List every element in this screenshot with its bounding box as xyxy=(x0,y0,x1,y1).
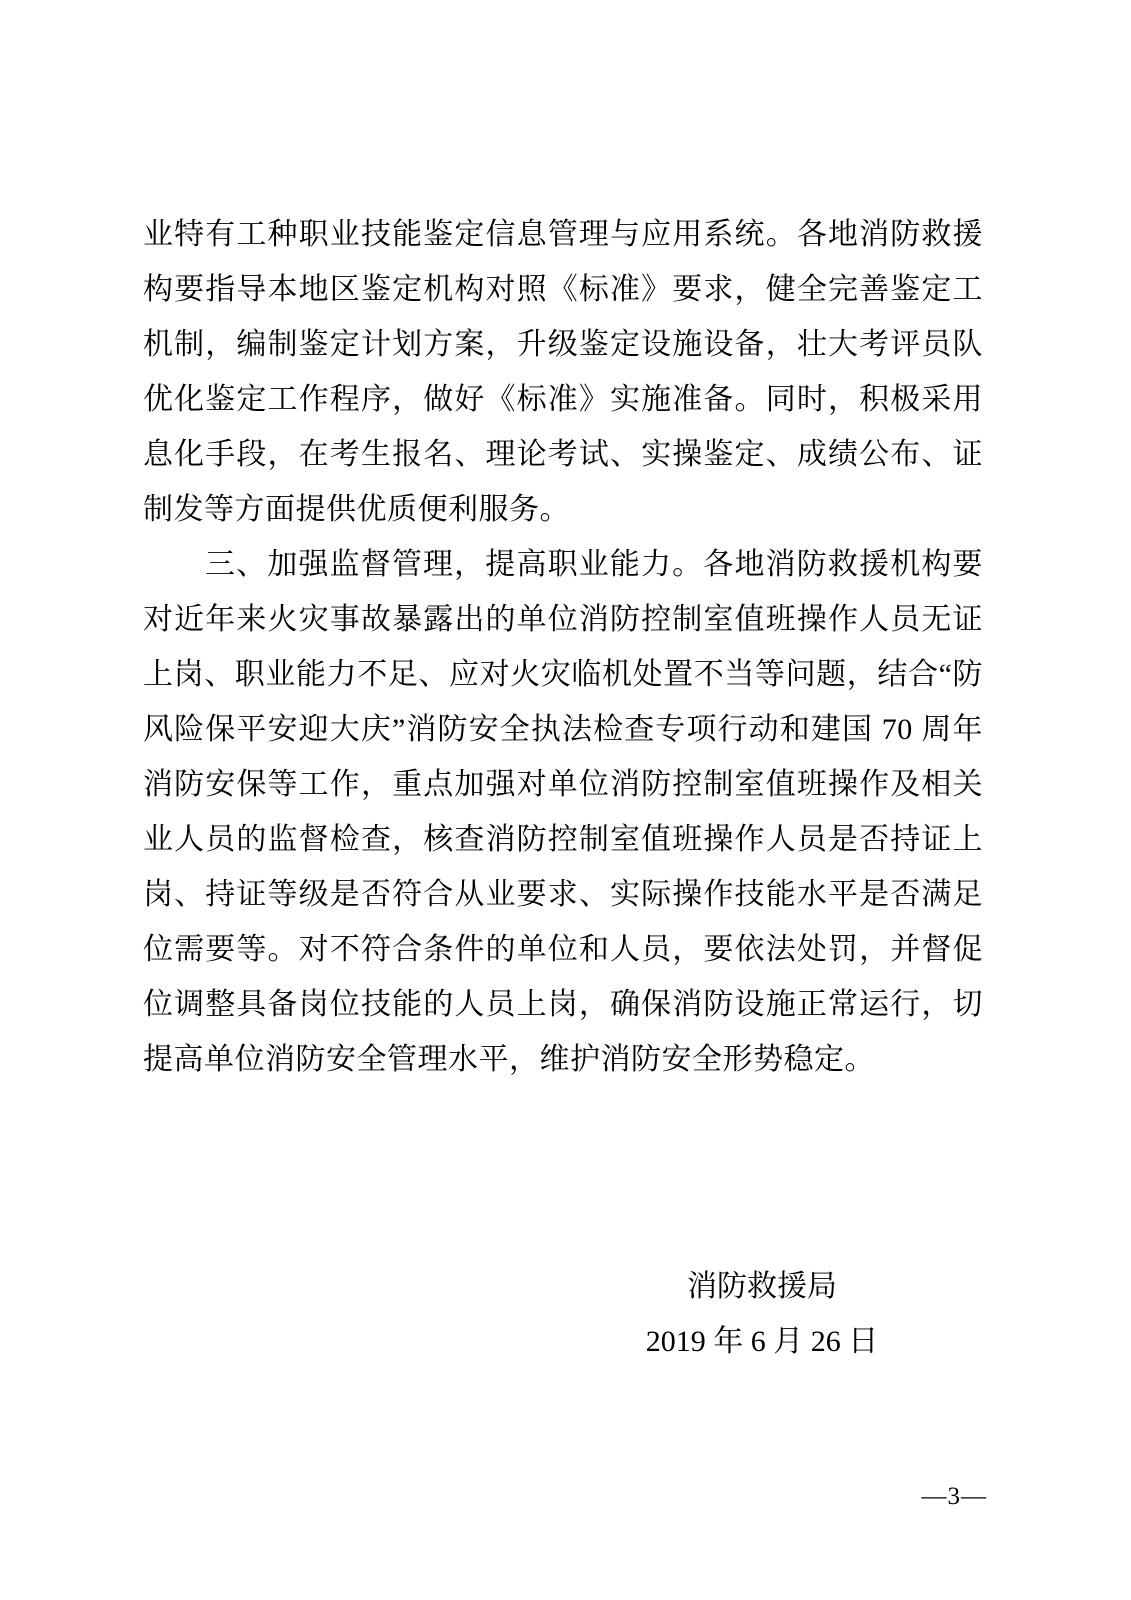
text-line-section-heading: 三、加强监督管理，提高职业能力。各地消防救援机构要针 xyxy=(143,537,983,592)
text-line: 业特有工种职业技能鉴定信息管理与应用系统。各地消防救援机 xyxy=(143,207,983,262)
text-line: 机制，编制鉴定计划方案，升级鉴定设施设备，壮大考评员队伍， xyxy=(143,317,983,372)
text-line: 上岗、职业能力不足、应对火灾临机处置不当等问题，结合“防 xyxy=(143,647,983,702)
text-line: 息化手段，在考生报名、理论考试、实操鉴定、成绩公布、证书 xyxy=(143,427,983,482)
signature-date: 2019 年 6 月 26 日 xyxy=(541,1314,983,1369)
text-line: 岗、持证等级是否符合从业要求、实际操作技能水平是否满足岗 xyxy=(143,867,983,922)
document-body: 业特有工种职业技能鉴定信息管理与应用系统。各地消防救援机 构要指导本地区鉴定机构… xyxy=(143,207,983,1369)
text-line: 提高单位消防安全管理水平，维护消防安全形势稳定。 xyxy=(143,1032,983,1087)
text-line: 制发等方面提供优质便利服务。 xyxy=(143,482,983,537)
signature-issuer: 消防救援局 xyxy=(541,1259,983,1314)
text-line: 消防安保等工作，重点加强对单位消防控制室值班操作及相关从 xyxy=(143,757,983,812)
text-line: 位调整具备岗位技能的人员上岗，确保消防设施正常运行，切实 xyxy=(143,977,983,1032)
page-number: —3— xyxy=(922,1482,988,1512)
text-line: 位需要等。对不符合条件的单位和人员，要依法处罚，并督促单 xyxy=(143,922,983,977)
text-line: 优化鉴定工作程序，做好《标准》实施准备。同时，积极采用信 xyxy=(143,372,983,427)
text-line: 业人员的监督检查，核查消防控制室值班操作人员是否持证上 xyxy=(143,812,983,867)
text-line: 风险保平安迎大庆”消防安全执法检查专项行动和建国 70 周年 xyxy=(143,702,983,757)
text-line: 对近年来火灾事故暴露出的单位消防控制室值班操作人员无证 xyxy=(143,592,983,647)
document-page: 业特有工种职业技能鉴定信息管理与应用系统。各地消防救援机 构要指导本地区鉴定机构… xyxy=(0,0,1131,1600)
signature-block: 消防救援局 2019 年 6 月 26 日 xyxy=(541,1259,983,1369)
text-line: 构要指导本地区鉴定机构对照《标准》要求，健全完善鉴定工作 xyxy=(143,262,983,317)
